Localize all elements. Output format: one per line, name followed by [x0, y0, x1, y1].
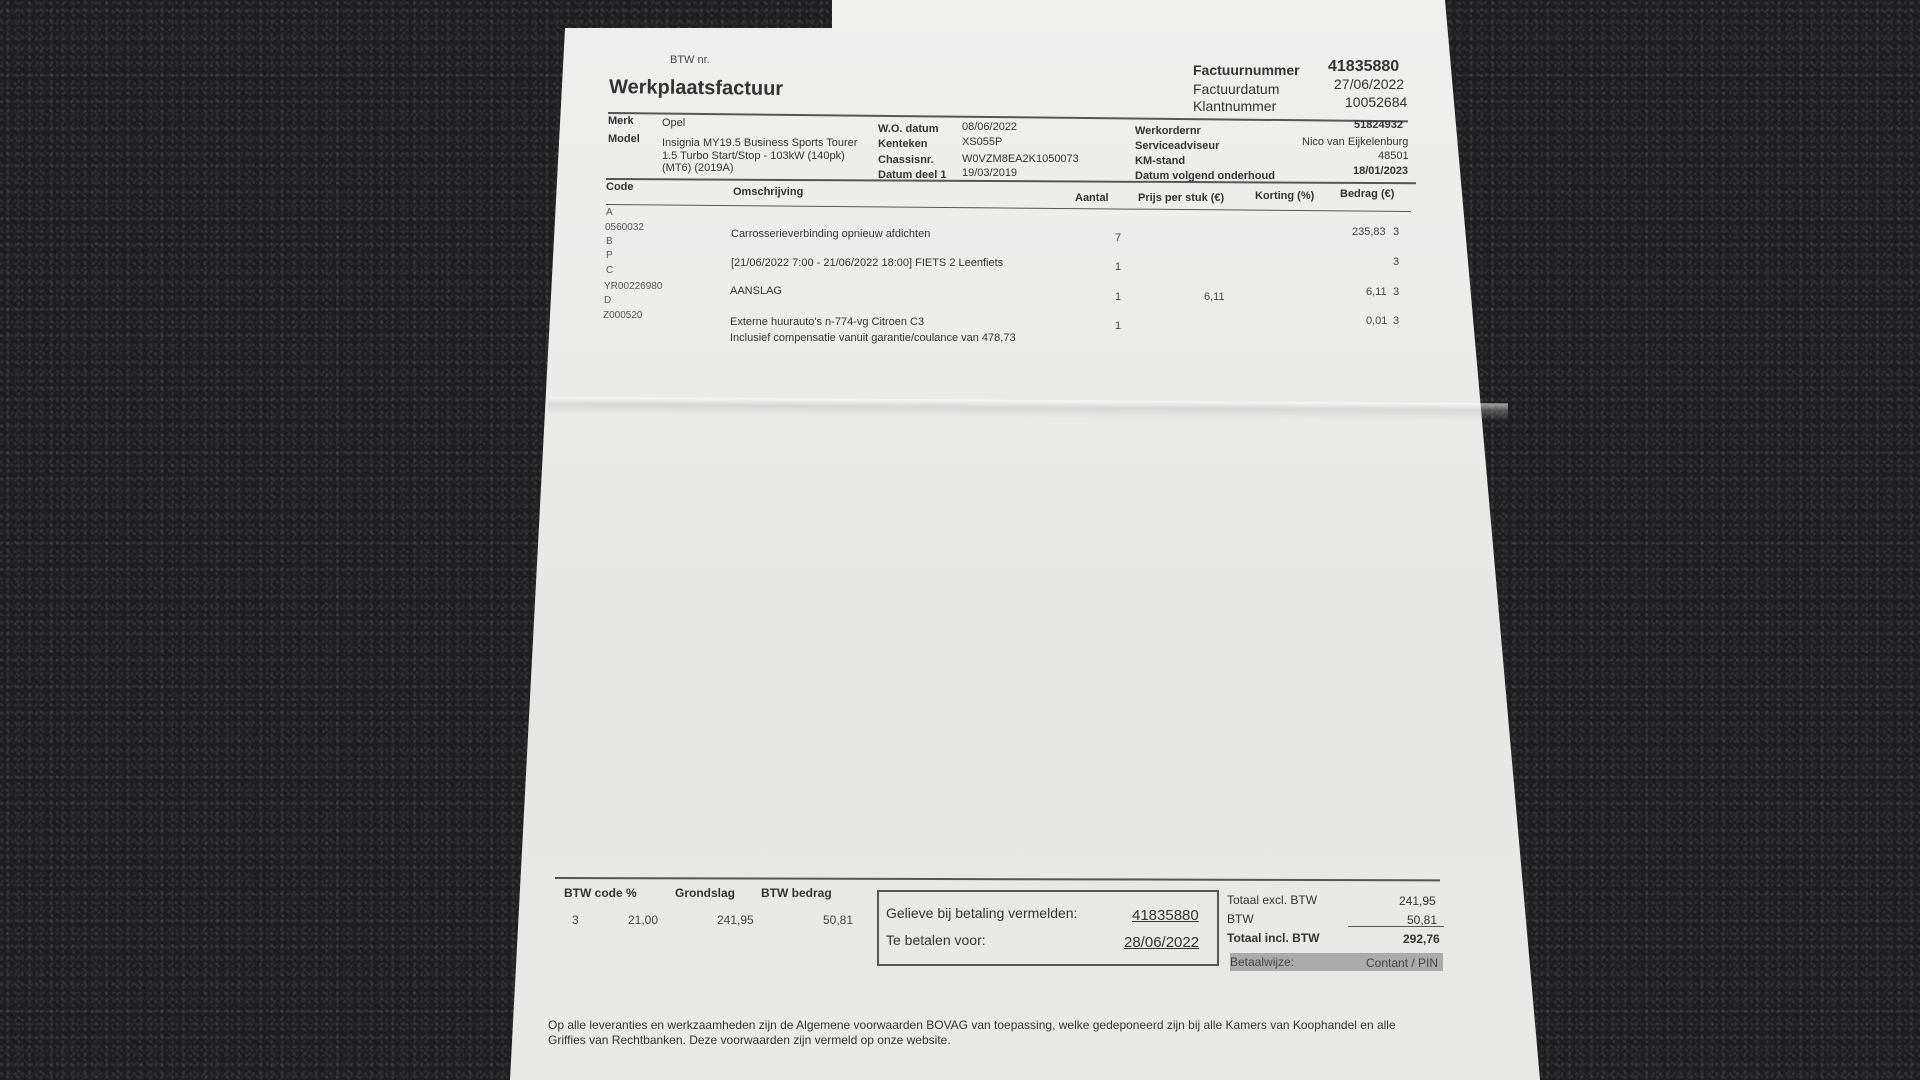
- totaal-excl-value: 241,95: [1399, 894, 1436, 908]
- wo-datum-value: 08/06/2022: [962, 121, 1017, 133]
- row-section: A: [606, 207, 613, 218]
- row-description: Externe huurauto's n-774-vg Citroen C3: [730, 316, 924, 328]
- totals-divider: [1348, 926, 1444, 927]
- klantnummer-label: Klantnummer: [1193, 98, 1276, 114]
- factuurnummer-label: Factuurnummer: [1193, 62, 1300, 78]
- row-aantal: 1: [1115, 291, 1121, 303]
- invoice-title: Werkplaatsfactuur: [609, 76, 783, 101]
- row-code: YR00226980: [604, 281, 662, 292]
- klantnummer-value: 10052684: [1345, 94, 1407, 110]
- row-bedrag: 235,83: [1352, 226, 1386, 238]
- totaal-incl-label: Totaal incl. BTW: [1227, 931, 1319, 945]
- factuurdatum-label: Factuurdatum: [1193, 81, 1279, 97]
- terms-footer: Op alle leveranties en werkzaamheden zij…: [548, 1018, 1396, 1048]
- row-btw-code: 3: [1393, 226, 1399, 238]
- serviceadviseur-value: Nico van Eijkelenburg: [1302, 136, 1408, 148]
- chassisnr-label: Chassisnr.: [878, 154, 934, 166]
- werkordernr-value: 51824932: [1354, 119, 1403, 131]
- btw-nr-label: BTW nr.: [670, 54, 710, 66]
- wo-datum-label: W.O. datum: [878, 123, 939, 135]
- btw-percent-value: 21,00: [628, 913, 658, 927]
- row-section: P: [606, 250, 613, 261]
- col-korting: Korting (%): [1255, 190, 1314, 202]
- merk-value: Opel: [662, 117, 685, 129]
- col-aantal: Aantal: [1075, 192, 1109, 204]
- btw-bedrag-value: 50,81: [823, 913, 853, 927]
- btw-total-label: BTW: [1227, 912, 1254, 926]
- row-section: B: [606, 236, 613, 247]
- km-stand-label: KM-stand: [1135, 155, 1185, 167]
- row-section: D: [604, 295, 611, 306]
- row-aantal: 7: [1115, 232, 1121, 244]
- vermelden-value: 41835880: [1132, 907, 1199, 924]
- row-aantal: 1: [1115, 261, 1121, 273]
- col-code: Code: [606, 181, 634, 193]
- vermelden-label: Gelieve bij betaling vermelden:: [886, 905, 1077, 921]
- row-description: AANSLAG: [730, 285, 782, 297]
- model-line-1: Insignia MY19.5 Business Sports Tourer: [662, 137, 857, 149]
- factuurdatum-value: 27/06/2022: [1334, 76, 1404, 92]
- col-prijs: Prijs per stuk (€): [1138, 192, 1224, 204]
- row-aantal: 1: [1115, 320, 1121, 332]
- btw-code-col: BTW code %: [564, 886, 637, 900]
- datum-deel1-value: 19/03/2019: [962, 167, 1017, 179]
- row-code: Z000520: [603, 310, 642, 321]
- row-prijs: 6,11: [1204, 291, 1225, 303]
- terms-line-1: Op alle leveranties en werkzaamheden zij…: [548, 1018, 1396, 1033]
- model-line-3: (MT6) (2019A): [662, 162, 734, 174]
- betaalwijze-value: Contant / PIN: [1366, 956, 1438, 970]
- row-bedrag: 6,11: [1366, 286, 1387, 298]
- km-stand-value: 48501: [1378, 150, 1409, 162]
- row-description-2: Inclusief compensatie vanuit garantie/co…: [730, 332, 1016, 344]
- terms-line-2: Griffies van Rechtbanken. Deze voorwaard…: [548, 1033, 1396, 1048]
- row-bedrag: 0,01: [1366, 315, 1387, 327]
- row-description: Carrosserieverbinding opnieuw afdichten: [731, 228, 930, 240]
- totaal-incl-value: 292,76: [1403, 932, 1440, 946]
- row-section: C: [606, 265, 613, 276]
- model-label: Model: [608, 133, 640, 145]
- row-code: 0560032: [605, 222, 644, 233]
- merk-label: Merk: [608, 115, 634, 127]
- col-bedrag: Bedrag (€): [1340, 188, 1394, 200]
- kenteken-value: XS055P: [962, 136, 1002, 148]
- betalen-voor-value: 28/06/2022: [1124, 934, 1199, 951]
- row-btw-code: 3: [1393, 256, 1399, 268]
- btw-bedrag-col: BTW bedrag: [761, 886, 832, 900]
- volgend-onderhoud-value: 18/01/2023: [1353, 165, 1408, 177]
- factuurnummer-value: 41835880: [1328, 58, 1399, 76]
- werkordernr-label: Werkordernr: [1135, 125, 1201, 137]
- col-omschrijving: Omschrijving: [733, 186, 803, 198]
- payment-reference-box: [877, 890, 1219, 966]
- row-description: [21/06/2022 7:00 - 21/06/2022 18:00] FIE…: [731, 257, 1003, 269]
- totaal-excl-label: Totaal excl. BTW: [1227, 893, 1317, 907]
- grondslag-col: Grondslag: [675, 886, 735, 900]
- betalen-voor-label: Te betalen voor:: [886, 932, 986, 948]
- btw-total-value: 50,81: [1407, 913, 1437, 927]
- chassisnr-value: W0VZM8EA2K1050073: [962, 153, 1079, 165]
- kenteken-label: Kenteken: [878, 138, 928, 150]
- row-btw-code: 3: [1393, 315, 1399, 327]
- betaalwijze-label: Betaalwijze:: [1230, 955, 1294, 969]
- grondslag-value: 241,95: [717, 913, 754, 927]
- btw-code-value: 3: [572, 913, 579, 927]
- model-line-2: 1.5 Turbo Start/Stop - 103kW (140pk): [662, 150, 845, 162]
- row-btw-code: 3: [1393, 286, 1399, 298]
- serviceadviseur-label: Serviceadviseur: [1135, 140, 1219, 152]
